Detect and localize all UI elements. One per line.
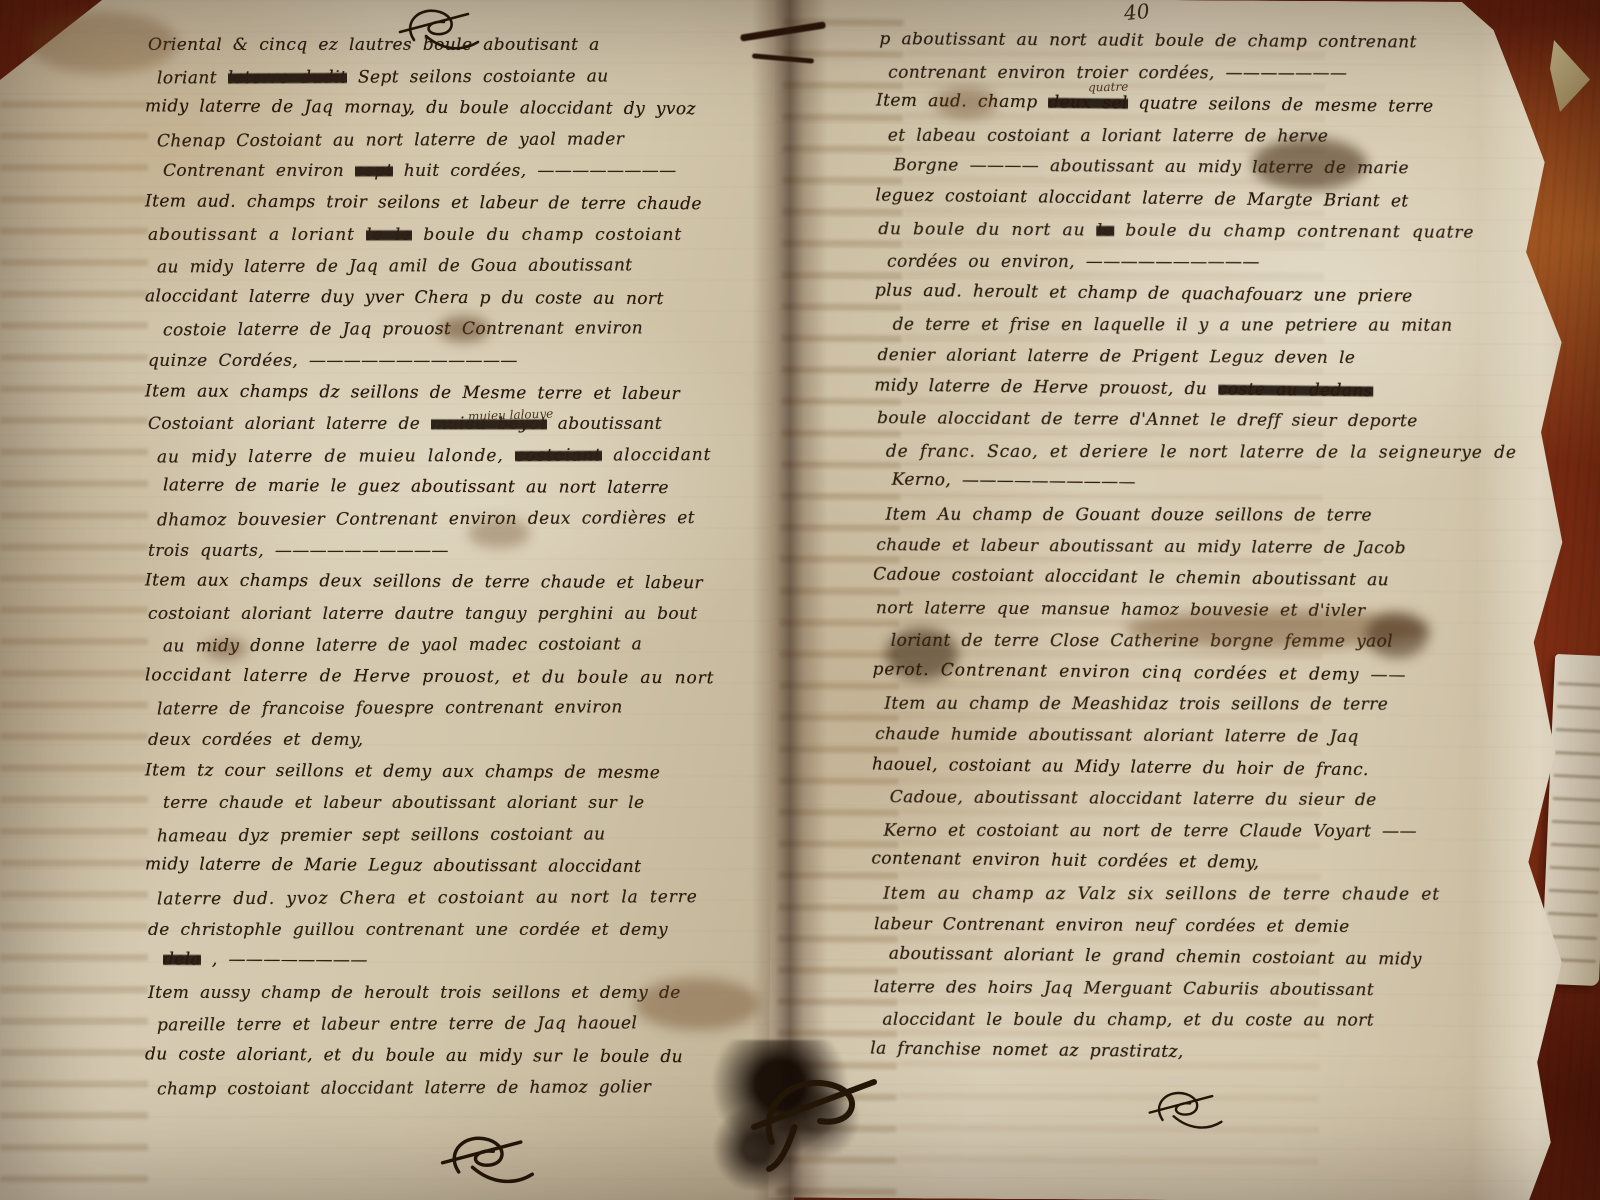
manuscript-line: contenant environ huit cordées et demy, [871, 844, 1524, 883]
paraph-flourish [386, 2, 506, 52]
manuscript-line: midy laterre de Herve prouost, du coste … [874, 370, 1527, 409]
manuscript-line: de terre et frise en laquelle il y a une… [893, 310, 1528, 343]
manuscript-line: du boule du nort au le boule du champ co… [878, 214, 1528, 250]
paper-stain [28, 12, 178, 74]
manuscript-line: Item au champ de Meashidaz trois seillon… [884, 689, 1525, 722]
manuscript-line: quinze Cordées, ———————————— [148, 346, 788, 378]
manuscript-line: cordées ou environ, —————————— [887, 247, 1528, 280]
manuscript-line: au midy laterre de Jaq amil de Goua abou… [157, 250, 788, 284]
manuscript-line: Kerno et costoiant au nort de terre Clau… [884, 815, 1525, 848]
manuscript-line: au midy laterre de muieu lalonde, costoi… [157, 439, 788, 473]
manuscript-line: de christophle guillou contrenant une co… [148, 915, 788, 947]
manuscript-line: contrenant environ troier cordées, —————… [888, 57, 1529, 90]
paper-stain [1366, 612, 1428, 658]
manuscript-line: terre chaude et labeur aboutissant alori… [163, 788, 788, 820]
paper-stain [635, 978, 760, 1030]
manuscript-line: Chenap Costoiant au nort laterre de yaol… [157, 123, 788, 157]
manuscript-line: Cadoue, aboutissant aloccidant laterre d… [890, 783, 1525, 818]
manuscript-line: laterre des hoirs Jaq Merguant Caburiis … [874, 972, 1524, 1008]
manuscript-line: au midy donne laterre de yaol madec cost… [163, 629, 788, 663]
manuscript-line: deux cordées et demy, [148, 725, 788, 757]
manuscript-line: boule aloccidant de terre d'Annet le dre… [877, 403, 1527, 439]
manuscript-line: costoiant aloriant laterre dautre tanguy… [148, 599, 788, 631]
paraph-flourish [438, 1126, 553, 1188]
manuscript-line: dela , ———————— [163, 945, 788, 980]
manuscript-line: Item au champ az Valz six seillons de te… [883, 879, 1524, 912]
book-gutter [752, 0, 828, 1200]
manuscript-line: du coste aloriant, et du boule au midy s… [145, 1039, 788, 1074]
manuscript-line: Item aux champs dz seillons de Mesme ter… [145, 376, 788, 411]
manuscript-line: hameau dyz premier sept seillons costoia… [157, 818, 788, 852]
manuscript-line: chaude humide aboutissant aloriant later… [875, 719, 1525, 755]
manuscript-line: la franchise nomet az prastiratz, [870, 1033, 1523, 1072]
manuscript-line: aboutissant a loriant le le boule du cha… [148, 220, 788, 252]
manuscript-line: perot. Contrenant environ cinq cordées e… [872, 654, 1525, 693]
right-manuscript-page: p aboutissant au nort audit boule de cha… [768, 0, 1575, 1200]
manuscript-line: Item Au champ de Gouant douze seillons d… [885, 500, 1526, 533]
manuscript-line: trois quarts, —————————— [148, 536, 788, 568]
manuscript-line: aloccidant le boule du champ, et du cost… [882, 1005, 1523, 1038]
manuscript-line: laterre de francoise fouespre contrenant… [157, 692, 788, 726]
manuscript-line: laterre dud. yvoz Chera et costoiant au … [157, 882, 788, 916]
ink-blot-flourish [742, 1052, 892, 1172]
manuscript-line: midy laterre de Jaq mornay, du boule alo… [145, 92, 788, 127]
manuscript-line: de franc. Scao, et deriere le nort later… [886, 436, 1527, 469]
paper-stain [438, 316, 490, 342]
interlinear-correction: muieu lalouye [468, 407, 554, 424]
paper-stain [1252, 138, 1367, 190]
paraph-flourish [1146, 1080, 1238, 1136]
manuscript-line: champ costoiant aloccidant laterre de ha… [157, 1071, 788, 1105]
manuscript-line: loccidant laterre de Herve prouost, et d… [145, 660, 788, 695]
manuscript-line: p aboutissant au nort audit boule de cha… [879, 24, 1529, 60]
manuscript-line: aloccidant laterre duy yver Chera p du c… [145, 281, 788, 316]
manuscript-line: Item aux champs deux seillons de terre c… [145, 565, 788, 600]
manuscript-line: laterre de marie le guez aboutissant au … [163, 471, 788, 506]
left-page-showthrough [0, 90, 148, 1200]
paper-stain [205, 638, 247, 660]
paper-stain [886, 628, 958, 680]
paper-stain [935, 88, 997, 118]
manuscript-line: midy laterre de Marie Leguz aboutissant … [145, 850, 788, 885]
manuscript-line: Item tz cour seillons et demy aux champs… [145, 755, 788, 790]
right-page-text: p aboutissant au nort audit boule de cha… [873, 24, 1529, 1071]
left-page-text: Oriental & cincq ez lautres boule abouti… [148, 30, 788, 1104]
manuscript-line: denier aloriant laterre de Prigent Leguz… [877, 340, 1527, 376]
paper-stain [468, 518, 530, 548]
manuscript-line: Item aud. champs troir seilons et labeur… [145, 186, 788, 221]
manuscript-photo: Oriental & cincq ez lautres boule abouti… [0, 0, 1600, 1200]
manuscript-line: plus aud. heroult et champ de quachafoua… [875, 275, 1528, 314]
manuscript-line: Kerno, —————————— [892, 465, 1527, 504]
manuscript-line: Contrenant environ sept huit cordées, ——… [163, 156, 788, 188]
manuscript-line: et labeau costoiant a loriant laterre de… [888, 120, 1529, 153]
manuscript-line: loriant laterre dudit Sept seilons costo… [157, 60, 788, 94]
interlinear-correction: quatre [1088, 80, 1128, 95]
folio-number: 40 [1123, 0, 1151, 25]
